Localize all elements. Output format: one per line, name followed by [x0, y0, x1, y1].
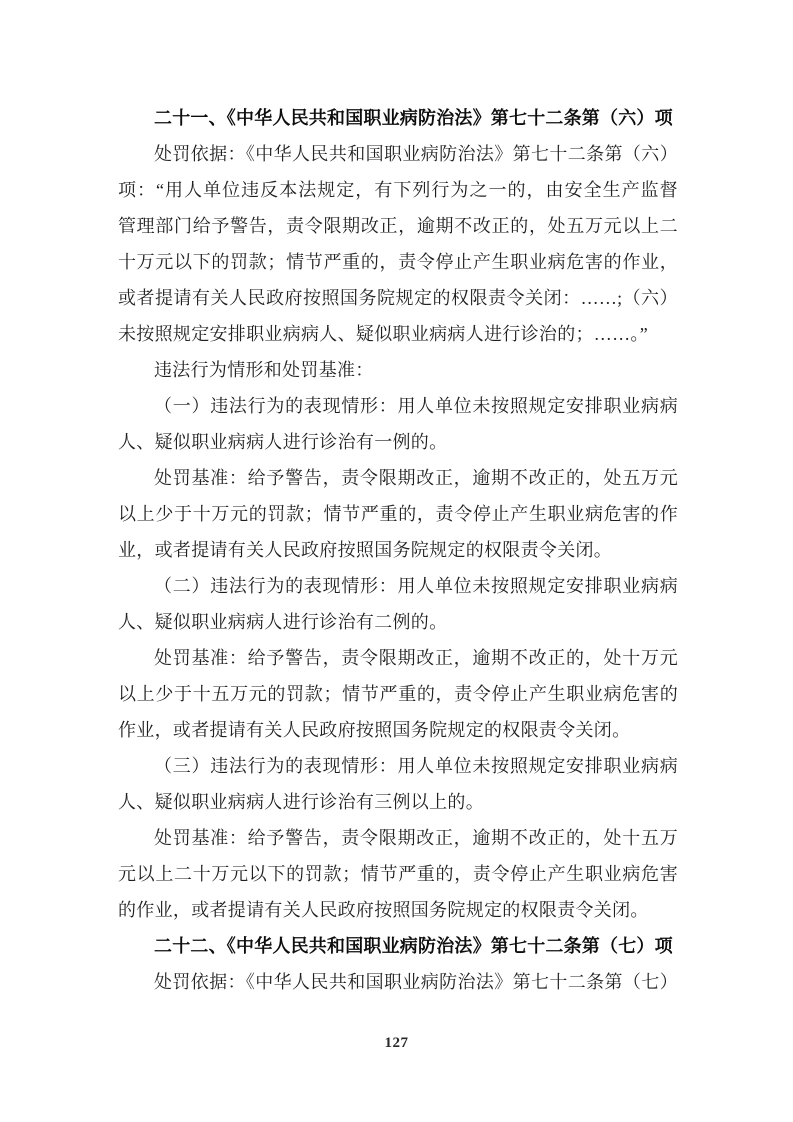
doc-line: 或者提请有关人民政府按照国务院规定的权限责令关闭：……;（六） — [118, 280, 678, 316]
doc-line: 处罚基准：给予警告，责令限期改正，逾期不改正的，处五万元 — [118, 460, 678, 496]
doc-line: 以上少于十万元的罚款；情节严重的，责令停止产生职业病危害的作 — [118, 496, 678, 532]
doc-line: 处罚依据：《中华人民共和国职业病防治法》第七十二条第（七） — [118, 964, 678, 1000]
doc-line: 作业，或者提请有关人民政府按照国务院规定的权限责令关闭。 — [118, 712, 678, 748]
doc-line: 的作业，或者提请有关人民政府按照国务院规定的权限责令关闭。 — [118, 892, 678, 928]
doc-line: （一）违法行为的表现情形：用人单位未按照规定安排职业病病 — [118, 388, 678, 424]
doc-line: （三）违法行为的表现情形：用人单位未按照规定安排职业病病 — [118, 748, 678, 784]
page-footer: 127 — [0, 1034, 793, 1052]
doc-line: 以上少于十五万元的罚款；情节严重的，责令停止产生职业病危害的 — [118, 676, 678, 712]
section-heading-22: 二十二、《中华人民共和国职业病防治法》第七十二条第（七）项 — [118, 928, 678, 964]
document-page: 二十一、《中华人民共和国职业病防治法》第七十二条第（六）项 处罚依据：《中华人民… — [0, 0, 793, 1122]
doc-line: 未按照规定安排职业病病人、疑似职业病病人进行诊治的；……。” — [118, 316, 678, 352]
doc-line: 元以上二十万元以下的罚款；情节严重的，责令停止产生职业病危害 — [118, 856, 678, 892]
doc-line: 人、疑似职业病病人进行诊治有一例的。 — [118, 424, 678, 460]
doc-line: 处罚依据：《中华人民共和国职业病防治法》第七十二条第（六） — [118, 136, 678, 172]
section-heading-21: 二十一、《中华人民共和国职业病防治法》第七十二条第（六）项 — [118, 100, 678, 136]
page-number: 127 — [385, 1035, 409, 1051]
doc-line: 违法行为情形和处罚基准： — [118, 352, 678, 388]
doc-line: 业，或者提请有关人民政府按照国务院规定的权限责令关闭。 — [118, 532, 678, 568]
doc-line: 项：“用人单位违反本法规定，有下列行为之一的，由安全生产监督 — [118, 172, 678, 208]
doc-line: 管理部门给予警告，责令限期改正，逾期不改正的，处五万元以上二 — [118, 208, 678, 244]
doc-line: 人、疑似职业病病人进行诊治有二例的。 — [118, 604, 678, 640]
doc-line: 处罚基准：给予警告，责令限期改正，逾期不改正的，处十万元 — [118, 640, 678, 676]
doc-line: 十万元以下的罚款；情节严重的，责令停止产生职业病危害的作业， — [118, 244, 678, 280]
document-body: 二十一、《中华人民共和国职业病防治法》第七十二条第（六）项 处罚依据：《中华人民… — [118, 100, 678, 1000]
doc-line: 人、疑似职业病病人进行诊治有三例以上的。 — [118, 784, 678, 820]
doc-line: （二）违法行为的表现情形：用人单位未按照规定安排职业病病 — [118, 568, 678, 604]
doc-line: 处罚基准：给予警告，责令限期改正，逾期不改正的，处十五万 — [118, 820, 678, 856]
